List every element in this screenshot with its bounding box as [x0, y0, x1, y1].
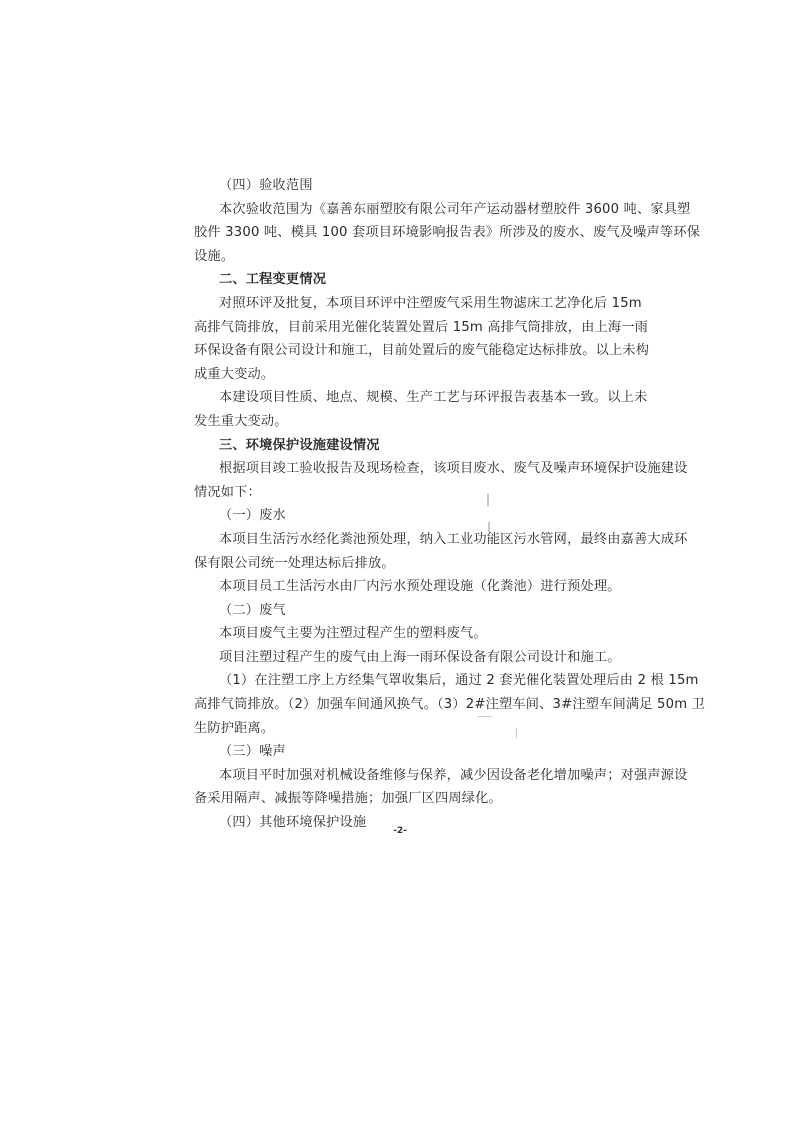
text-line: 生防护距离。	[194, 717, 612, 741]
text-line: 高排气筒排放，目前采用光催化装置处置后 15m 高排气筒排放，由上海一雨	[194, 316, 612, 340]
scan-speck	[478, 716, 492, 717]
paragraph-no-major-changes: 本建设项目性质、地点、规模、生产工艺与环评报告表基本一致。以上未 发生重大变动。	[194, 386, 612, 433]
text-line: 备采用隔声、减振等降噪措施；加强厂区四周绿化。	[194, 787, 612, 811]
subheading-wastewater: （一）废水	[194, 504, 612, 528]
scan-speck	[516, 728, 517, 738]
paragraph-engineering-changes: 对照环评及批复，本项目环评中注塑废气采用生物滤床工艺净化后 15m 高排气筒排放…	[194, 292, 612, 386]
text-line: 本次验收范围为《嘉善东丽塑胶有限公司年产运动器材塑胶件 3600 吨、家具塑	[194, 198, 612, 222]
text-line: 环保设备有限公司设计和施工，目前处置后的废气能稳定达标排放。以上未构	[194, 339, 612, 363]
text-line: 高排气筒排放。（2）加强车间通风换气。（3）2#注塑车间、3#注塑车间满足 50…	[194, 693, 612, 717]
text-line: 本建设项目性质、地点、规模、生产工艺与环评报告表基本一致。以上未	[194, 386, 612, 410]
text-line: 情况如下：	[194, 481, 612, 505]
subheading-exhaust-gas: （二）废气	[194, 599, 612, 623]
scan-speck	[487, 494, 489, 506]
paragraph-acceptance-scope: 本次验收范围为《嘉善东丽塑胶有限公司年产运动器材塑胶件 3600 吨、家具塑 胶…	[194, 198, 612, 269]
subheading-acceptance-scope: （四）验收范围	[194, 174, 612, 198]
text-line: 设施。	[194, 245, 612, 269]
heading-env-protection-facilities: 三、环境保护设施建设情况	[194, 434, 612, 458]
text-line: 根据项目竣工验收报告及现场检查，该项目废水、废气及噪声环境保护设施建设	[194, 457, 612, 481]
text-line: 保有限公司统一处理达标后排放。	[194, 552, 612, 576]
document-page: （四）验收范围 本次验收范围为《嘉善东丽塑胶有限公司年产运动器材塑胶件 3600…	[194, 174, 612, 835]
paragraph-exhaust-1: 本项目废气主要为注塑过程产生的塑料废气。	[194, 622, 612, 646]
text-line: 成重大变动。	[194, 363, 612, 387]
text-line: 对照环评及批复，本项目环评中注塑废气采用生物滤床工艺净化后 15m	[194, 292, 612, 316]
paragraph-wastewater-2: 本项目员工生活污水由厂内污水预处理设施（化粪池）进行预处理。	[194, 575, 612, 599]
paragraph-env-intro: 根据项目竣工验收报告及现场检查，该项目废水、废气及噪声环境保护设施建设 情况如下…	[194, 457, 612, 504]
paragraph-exhaust-2: 项目注塑过程产生的废气由上海一雨环保设备有限公司设计和施工。	[194, 646, 612, 670]
paragraph-noise: 本项目平时加强对机械设备维修与保养，减少因设备老化增加噪声；对强声源设 备采用隔…	[194, 764, 612, 811]
subheading-noise: （三）噪声	[194, 740, 612, 764]
paragraph-exhaust-3: （1）在注塑工序上方经集气罩收集后，通过 2 套光催化装置处理后由 2 根 15…	[194, 669, 612, 740]
text-line: 胶件 3300 吨、模具 100 套项目环境影响报告表》所涉及的废水、废气及噪声…	[194, 221, 612, 245]
text-line: （1）在注塑工序上方经集气罩收集后，通过 2 套光催化装置处理后由 2 根 15…	[194, 669, 612, 693]
text-line: 发生重大变动。	[194, 410, 612, 434]
paragraph-wastewater-1: 本项目生活污水经化粪池预处理，纳入工业功能区污水管网，最终由嘉善大成环 保有限公…	[194, 528, 612, 575]
text-line: 本项目生活污水经化粪池预处理，纳入工业功能区污水管网，最终由嘉善大成环	[194, 528, 612, 552]
scan-speck	[488, 522, 490, 532]
page-number: -2-	[0, 826, 800, 836]
heading-engineering-changes: 二、工程变更情况	[194, 268, 612, 292]
text-line: 本项目平时加强对机械设备维修与保养，减少因设备老化增加噪声；对强声源设	[194, 764, 612, 788]
